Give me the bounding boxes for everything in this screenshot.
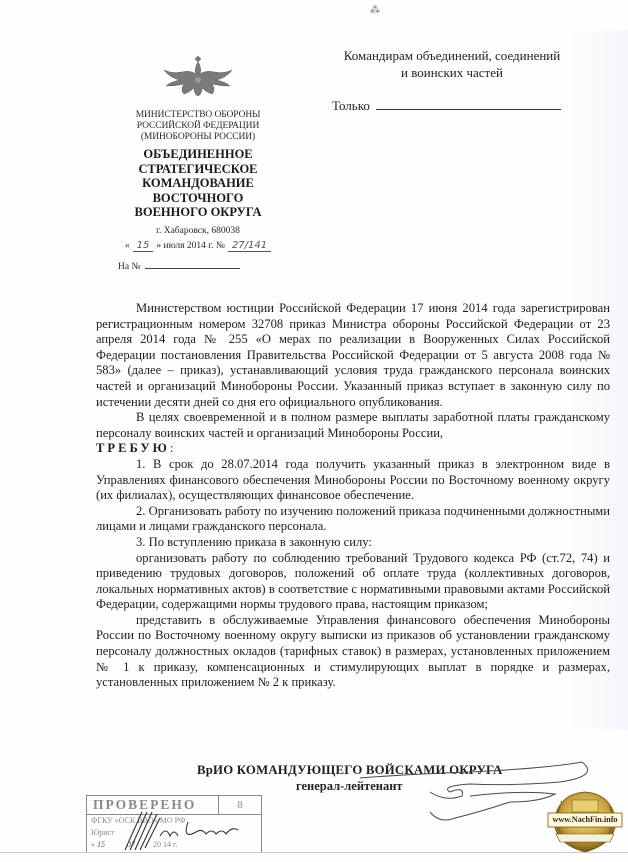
only-label: Только [332, 98, 370, 113]
item-3: 3. По вступлению приказа в законную силу… [96, 535, 610, 551]
date-quote: « [125, 241, 130, 251]
city-address: г. Хабаровск, 680038 [108, 226, 288, 236]
command-name: ОБЪЕДИНЕННОЕ СТРАТЕГИЧЕСКОЕ КОМАНДОВАНИЕ… [108, 147, 288, 220]
watermark-url: www.NachFin.info [546, 815, 624, 824]
command-line-4: ВОСТОЧНОГО [108, 191, 288, 206]
double-headed-eagle-emblem-icon [162, 52, 234, 98]
command-line-2: СТРАТЕГИЧЕСКОЕ [108, 162, 288, 177]
stamp-date-day: 15 [97, 840, 105, 849]
ministry-line-1: МИНИСТЕРСТВО ОБОРОНЫ [108, 110, 288, 121]
reference-number-field: На № [108, 262, 288, 272]
item-2: 2. Организовать работу по изучению полож… [96, 504, 610, 535]
paragraph-intro: Министерством юстиции Российской Федерац… [96, 301, 610, 410]
scan-mark: ⁂ [370, 5, 380, 16]
date-month-year: » июля 2014 г. № [156, 241, 225, 251]
command-line-3: КОМАНДОВАНИЕ [108, 176, 288, 191]
ministry-line-3: (МИНОБОРОНЫ РОССИИ) [108, 132, 288, 143]
document-body: Министерством юстиции Российской Федерац… [96, 301, 610, 691]
item-3-organize: организовать работу по соблюдению требов… [96, 551, 610, 613]
only-blank [376, 109, 561, 110]
command-line-1: ОБЪЕДИНЕННОЕ [108, 147, 288, 162]
demand-line: ТРЕБУЮ: [96, 441, 610, 457]
demand-colon: : [170, 441, 174, 455]
stamp-date-quote: « [91, 840, 95, 849]
document-date: « 15 » июля 2014 г. № 27/141 [108, 240, 288, 252]
reference-label: На № [118, 262, 141, 272]
page-edge [0, 852, 628, 853]
only-field: Только [332, 98, 561, 114]
item-1: 1. В срок до 28.07.2014 года получить ук… [96, 457, 610, 504]
addressee: Командирам объединений, соединений и вои… [312, 47, 592, 81]
addressee-line-1: Командирам объединений, соединений [312, 47, 592, 64]
date-day-handwritten: 15 [133, 240, 154, 252]
ministry-line-2: РОССИЙСКОЙ ФЕДЕРАЦИИ [108, 121, 288, 132]
item-3-submit: представить в обслуживаемые Управления ф… [96, 613, 610, 691]
command-line-5: ВОЕННОГО ОКРУГА [108, 205, 288, 220]
addressee-line-2: и воинских частей [312, 64, 592, 81]
demand-word: ТРЕБУЮ [96, 441, 170, 455]
paragraph-purpose: В целях своевременной и в полном размере… [96, 410, 610, 441]
lawyer-signature-icon [120, 806, 250, 856]
letterhead: МИНИСТЕРСТВО ОБОРОНЫ РОССИЙСКОЙ ФЕДЕРАЦИ… [108, 52, 288, 272]
ministry-name: МИНИСТЕРСТВО ОБОРОНЫ РОССИЙСКОЙ ФЕДЕРАЦИ… [108, 110, 288, 143]
reference-blank [145, 268, 240, 269]
document-number-handwritten: 27/141 [228, 240, 271, 252]
document-page: ⁂ МИНИСТЕРСТВО ОБОРОНЫ РОССИЙСКОЙ ФЕДЕРА… [0, 0, 628, 862]
